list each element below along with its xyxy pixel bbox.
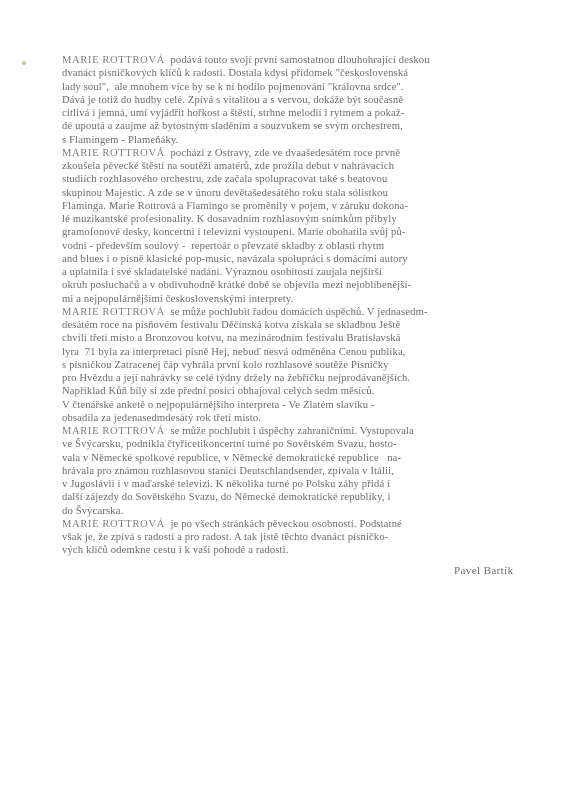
text-line: ve Švýcarsku, podnikla čtyřicetikoncertn…	[62, 438, 562, 451]
text-line: hrávala pro známou rozhlasovou stanici D…	[62, 465, 562, 478]
text-line: studiích rozhlasového orchestru, zde zač…	[62, 173, 562, 186]
text-line: pro Hvězdu a její nahrávky se celé týdny…	[62, 372, 562, 385]
line-text: se může pochlubit i úspěchy zahraničními…	[165, 426, 414, 437]
author-signature: Pavel Bartík	[454, 565, 513, 577]
text-line: vých klíčů odemkne cestu i k vaší pohodě…	[62, 544, 562, 557]
text-line: dé upoutá a zaujme až bytostným sladěním…	[62, 120, 562, 133]
text-line: lyra 71 byla za interpretaci písně Hej, …	[62, 346, 562, 359]
text-line: mi a nejpopulárnějšími československými …	[62, 293, 562, 306]
liner-notes-text: MARIE ROTTROVÁ podává touto svojí první …	[62, 54, 562, 558]
text-line: však je, že zpívá s radostí a pro radost…	[62, 531, 562, 544]
text-line: v Jugoslávii i v maďarské televizi. K ně…	[62, 478, 562, 491]
text-line: vala v Německé spolkové republice, v Něm…	[62, 452, 562, 465]
text-line: V čtenářské anketě o nejpopulárnějšího i…	[62, 399, 562, 412]
text-line: MARIE ROTTROVÁ podává touto svojí první …	[62, 54, 562, 67]
text-line: vodní - především soulový - repertoár o …	[62, 240, 562, 253]
text-line: MARIE ROTTROVÁ se může pochlubit i úspěc…	[62, 425, 562, 438]
text-line: lé muzikantské profesionality. K dosavad…	[62, 213, 562, 226]
text-line: skupinou Majestic. A zde se v únoru devě…	[62, 187, 562, 200]
artist-name: MARIE ROTTROVÁ	[62, 55, 165, 66]
text-line: další zájezdy do Sovětského Svazu, do Ně…	[62, 491, 562, 504]
paragraph-3: MARIE ROTTROVÁ se může pochlubit řadou d…	[62, 306, 562, 425]
artist-name: MARIE ROTTROVÁ	[62, 426, 165, 437]
paragraph-4: MARIE ROTTROVÁ se může pochlubit i úspěc…	[62, 425, 562, 518]
text-line: citlivá i jemná, umí vyjádřit hořkost a …	[62, 107, 562, 120]
text-line: desátém roce na písňovém festivalu Děčín…	[62, 319, 562, 332]
text-line: MARIE ROTTROVÁ pochází z Ostravy, zde ve…	[62, 147, 562, 160]
text-line: Dává je totiž do hudby celé. Zpívá s vit…	[62, 94, 562, 107]
document-page: MARIE ROTTROVÁ podává touto svojí první …	[0, 0, 578, 800]
text-line: s Flamingem - Plameňáky.	[62, 134, 562, 147]
text-line: obsadila za jedenasedmdesátý rok třetí m…	[62, 412, 562, 425]
artist-name: MARIE ROTTROVÁ	[62, 148, 165, 159]
text-line: zkoušela pěvecké štěstí na soutěži amaté…	[62, 160, 562, 173]
text-line: MARIE ROTTROVÁ se může pochlubit řadou d…	[62, 306, 562, 319]
text-line: okruh posluchačů a v obdivuhodně krátké …	[62, 279, 562, 292]
paper-speck	[22, 61, 26, 65]
text-line: Například Kůň bílý si zde přední posici …	[62, 385, 562, 398]
text-line: MARIE ROTTROVÁ je po všech stránkách pěv…	[62, 518, 562, 531]
text-line: lady soul", ale mnohem více by se k ní h…	[62, 81, 562, 94]
text-line: gramofonové desky, koncertní i televizní…	[62, 226, 562, 239]
text-line: Flaminga. Marie Rottrová a Flamingo se p…	[62, 200, 562, 213]
text-line: dvanáct písničkových klíčů k radosti. Do…	[62, 67, 562, 80]
text-line: s písničkou Zatracenej čáp vyhrála první…	[62, 359, 562, 372]
artist-name: MARIE ROTTROVÁ	[62, 519, 165, 530]
line-text: se může pochlubit řadou domácích úspěchů…	[165, 307, 428, 318]
line-text: je po všech stránkách pěveckou osobností…	[165, 519, 402, 530]
text-line: a uplatnila i své skladatelské nadání. V…	[62, 266, 562, 279]
paragraph-2: MARIE ROTTROVÁ pochází z Ostravy, zde ve…	[62, 147, 562, 306]
paragraph-1: MARIE ROTTROVÁ podává touto svojí první …	[62, 54, 562, 147]
text-line: and blues i o písně klasické pop-music, …	[62, 253, 562, 266]
line-text: podává touto svojí první samostatnou dlo…	[165, 55, 430, 66]
text-line: chvíli třetí místo a Bronzovou kotvu, na…	[62, 332, 562, 345]
paragraph-5: MARIE ROTTROVÁ je po všech stránkách pěv…	[62, 518, 562, 558]
line-text: pochází z Ostravy, zde ve dvaašedesátém …	[165, 148, 400, 159]
artist-name: MARIE ROTTROVÁ	[62, 307, 165, 318]
text-line: do Švýcarska.	[62, 505, 562, 518]
